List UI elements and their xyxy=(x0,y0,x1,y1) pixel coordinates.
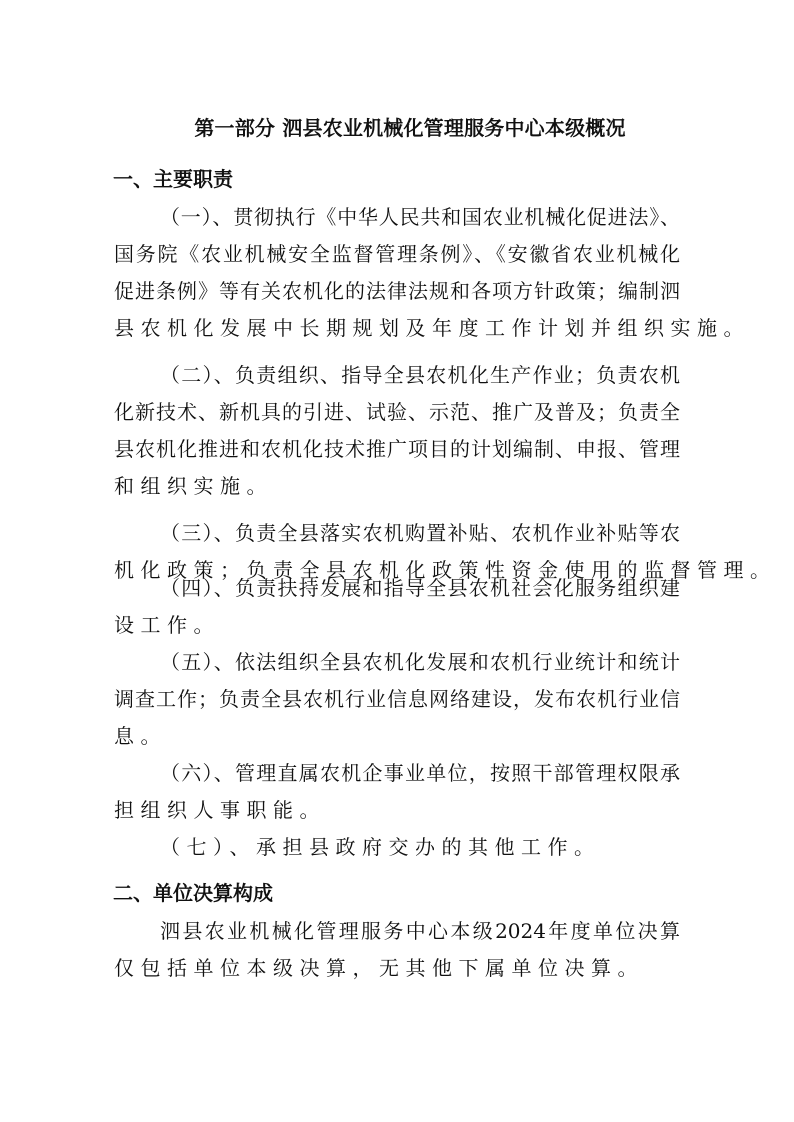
text-line: 调查工作；负责全县农机行业信息网络建设，发布农机行业信 xyxy=(114,686,680,712)
text-line: （一）、贯彻执行《中华人民共和国农业机械化促进法》、 xyxy=(160,204,680,230)
text-line: 泗县农业机械化管理服务中心本级2024年度单位决算 xyxy=(160,918,680,944)
text-line: 县农机化发展中长期规划及年度工作计划并组织实施。 xyxy=(114,315,680,341)
text-line: 仅包括单位本级决算，无其他下属单位决算。 xyxy=(114,955,680,981)
text-line: 促进条例》等有关农机化的法律法规和各项方针政策；编制泗 xyxy=(114,278,680,304)
text-line: （三）、负责全县落实农机购置补贴、农机作业补贴等农 xyxy=(160,520,680,546)
text-line: （二）、负责组织、指导全县农机化生产作业；负责农机 xyxy=(160,362,680,388)
text-line: 县农机化推进和农机化技术推广项目的计划编制、申报、管理 xyxy=(114,436,680,462)
text-line: 和组织实施。 xyxy=(114,473,680,499)
text-line: 设工作。 xyxy=(114,612,680,638)
text-line: 化新技术、新机具的引进、试验、示范、推广及普及；负责全 xyxy=(114,399,680,425)
text-line: 担组织人事职能。 xyxy=(114,797,680,823)
section-heading-duties: 一、主要职责 xyxy=(113,167,233,191)
section-heading-composition: 二、单位决算构成 xyxy=(113,881,273,905)
text-line: （六）、管理直属农机企事业单位，按照干部管理权限承 xyxy=(160,760,680,786)
text-line: （五）、依法组织全县农机化发展和农机行业统计和统计 xyxy=(160,649,680,675)
text-line: 国务院《农业机械安全监督管理条例》、《安徽省农业机械化 xyxy=(114,241,680,267)
text-line: 息。 xyxy=(114,723,680,749)
text-line: （七）、承担县政府交办的其他工作。 xyxy=(160,834,680,860)
text-line: （四）、负责扶持发展和指导全县农机社会化服务组织建 xyxy=(160,575,680,601)
page-title: 第一部分 泗县农业机械化管理服务中心本级概况 xyxy=(0,116,794,140)
